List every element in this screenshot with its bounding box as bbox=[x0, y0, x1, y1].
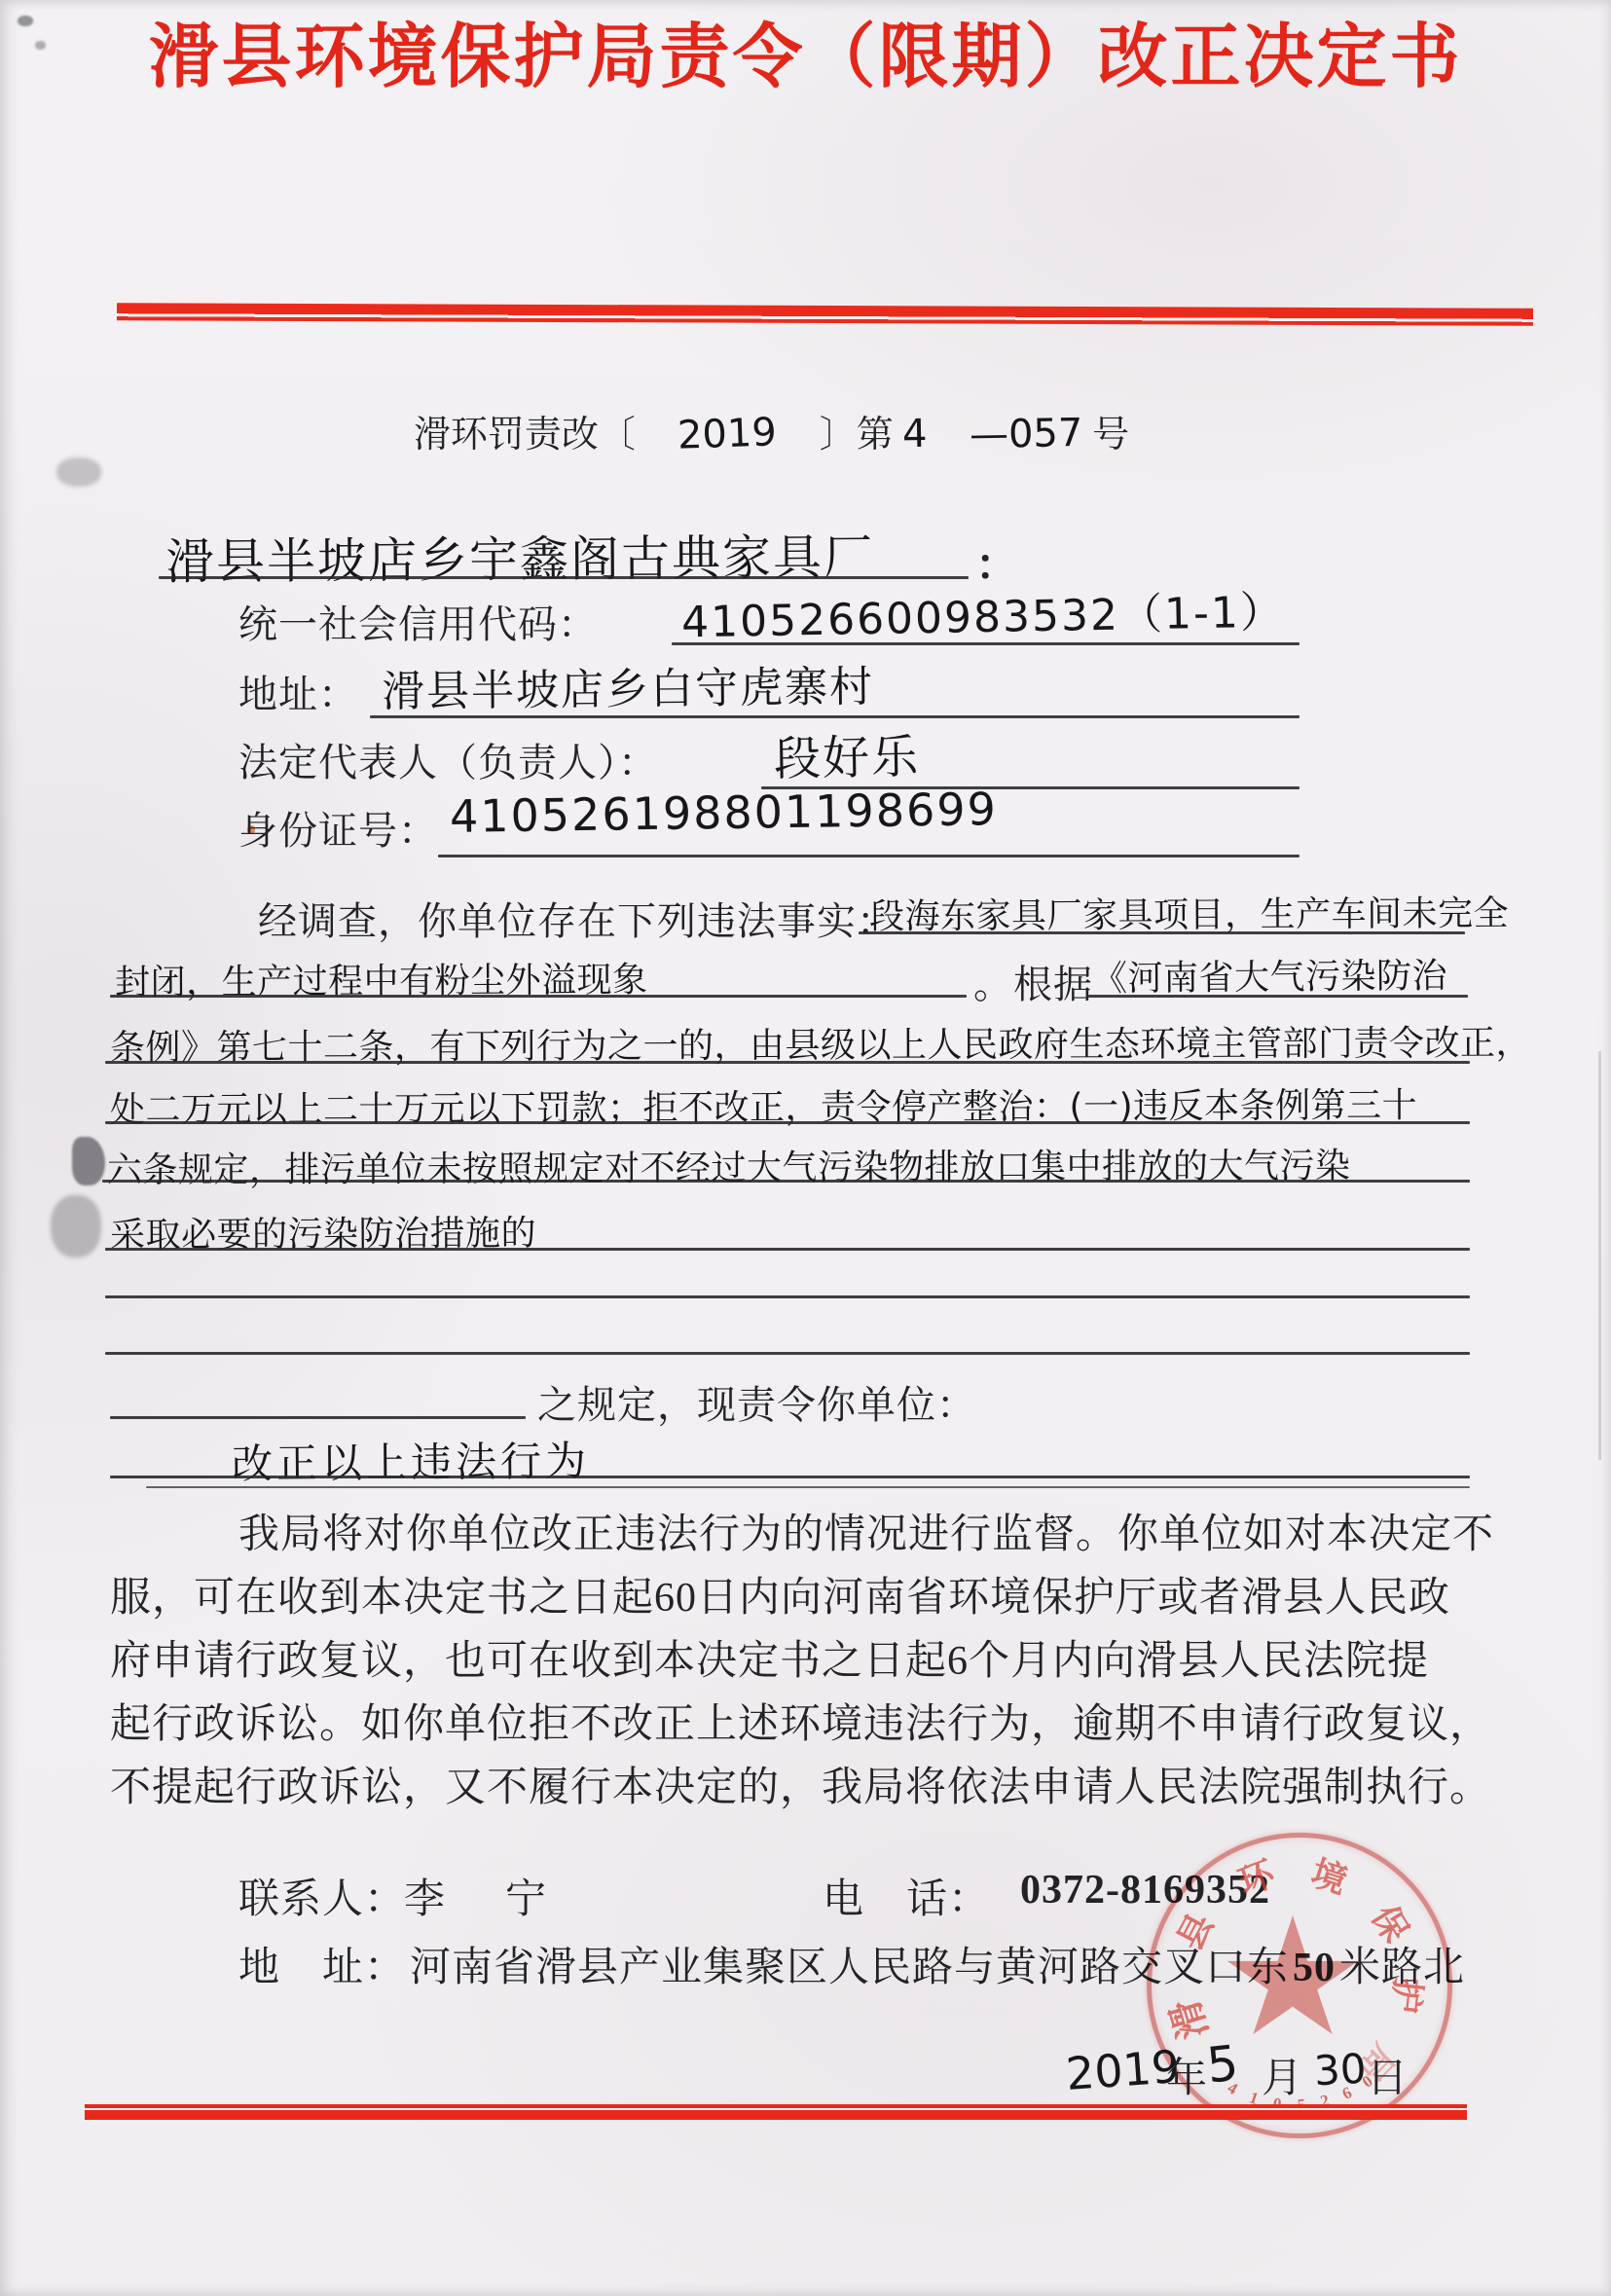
date-year-handwritten: 2019 bbox=[1064, 2040, 1182, 2100]
contact-name: 李 宁 bbox=[404, 1867, 556, 1925]
supervision-paragraph: 我局将对你单位改正违法行为的情况进行监督。你单位如对本决定不 服，可在收到本决定… bbox=[110, 1504, 1473, 1820]
blank-underline bbox=[105, 1295, 1470, 1298]
scanned-document-page: 滑县环境保护局责令（限期）改正决定书 滑环罚责改〔 2019 〕第 4 —057… bbox=[0, 0, 1611, 2296]
paragraph-line: 服，可在收到本决定书之日起60日内向河南省环境保护厅或者滑县人民政 bbox=[110, 1567, 1473, 1630]
blank-underline bbox=[105, 1352, 1470, 1355]
violation-basis1-handwritten: 《河南省大气污染防治 bbox=[1092, 948, 1447, 1001]
field-value-legal-rep: 段好乐 bbox=[773, 719, 920, 789]
blank-underline bbox=[110, 1476, 1470, 1478]
blank-underline bbox=[102, 1180, 1470, 1183]
document-title: 滑县环境保护局责令（限期）改正决定书 bbox=[0, 0, 1611, 101]
scan-artifact bbox=[1598, 1051, 1601, 1460]
blank-underline bbox=[1088, 995, 1468, 998]
seal-char: 护 bbox=[1381, 1972, 1435, 2020]
red-bottom-line bbox=[85, 2104, 1467, 2120]
violation-basis4-handwritten: 六条规定，排污单位未按照规定对不经过大气污染物排放口集中排放的大气污染 bbox=[107, 1139, 1351, 1192]
field-underline bbox=[672, 642, 1300, 645]
date-month-handwritten: 5 bbox=[1204, 2034, 1241, 2094]
docnum-year-handwritten: 2019 bbox=[677, 410, 778, 458]
blank-underline bbox=[110, 1416, 526, 1419]
phone-label: 电 话： bbox=[823, 1867, 990, 1925]
docnum-close: 〕第 bbox=[820, 415, 894, 456]
order-text-handwritten: 改正以上违法行为 bbox=[232, 1429, 591, 1490]
docnum-suffix: 号 bbox=[1092, 415, 1129, 456]
field-label-credit-code: 统一社会信用代码： bbox=[238, 594, 598, 649]
scan-artifact bbox=[56, 457, 101, 487]
blank-underline bbox=[146, 1486, 1470, 1488]
field-underline bbox=[438, 855, 1300, 857]
date-year-unit: 年 bbox=[1166, 2046, 1207, 2104]
blank-underline bbox=[105, 1121, 1470, 1124]
blank-underline bbox=[859, 931, 1465, 934]
document-number: 滑环罚责改〔 2019 〕第 4 —057 号 bbox=[0, 404, 1577, 457]
date-month-unit: 月 bbox=[1262, 2046, 1302, 2104]
docnum-serial2-handwritten: —057 bbox=[970, 411, 1083, 457]
blank-underline bbox=[105, 1248, 1470, 1251]
paragraph-line: 府申请行政复议，也可在收到本决定书之日起6个月内向滑县人民法院提 bbox=[110, 1630, 1473, 1694]
paragraph-line: 起行政诉讼。如你单位拒不改正上述环境违法行为，逾期不申请行政复议， bbox=[110, 1694, 1473, 1757]
blank-underline bbox=[110, 995, 967, 998]
recipient-underline bbox=[159, 576, 969, 579]
field-value-id-number: 410526198801198699 bbox=[450, 783, 999, 843]
scan-artifact bbox=[72, 1137, 105, 1185]
blank-underline bbox=[105, 1061, 1470, 1064]
paragraph-line: 不提起行政诉讼，又不履行本决定的，我局将依法申请人民法院强制执行。 bbox=[110, 1757, 1473, 1820]
order-connector: 之规定，现责令你单位： bbox=[537, 1374, 976, 1430]
violation-intro: 经调查，你单位存在下列违法事实： bbox=[258, 891, 897, 946]
recipient-name-handwritten: 滑县半坡店乡宇鑫阁古典家具厂 bbox=[165, 518, 874, 593]
field-value-address: 滑县半坡店乡白守虎寨村 bbox=[382, 651, 875, 718]
date-day-handwritten: 30 bbox=[1313, 2045, 1368, 2096]
field-underline bbox=[370, 715, 1300, 718]
field-value-credit-code: 410526600983532（1-1） bbox=[680, 577, 1285, 650]
scan-artifact bbox=[51, 1195, 101, 1257]
docnum-serial-handwritten: 4 bbox=[902, 412, 928, 456]
office-address-label: 地 址： bbox=[238, 1946, 406, 1990]
date-day-unit: 日 bbox=[1367, 2046, 1408, 2104]
red-separator-line bbox=[117, 303, 1533, 326]
paragraph-line: 我局将对你单位改正违法行为的情况进行监督。你单位如对本决定不 bbox=[110, 1504, 1473, 1567]
violation-connector: 。根据 bbox=[973, 954, 1093, 1009]
field-label-address: 地址： bbox=[238, 664, 358, 719]
field-label-id-number: 身份证号： bbox=[238, 800, 438, 856]
contact-label: 联系人： bbox=[238, 1867, 406, 1925]
docnum-prefix: 滑环罚责改〔 bbox=[414, 415, 636, 456]
field-label-legal-rep: 法定代表人（负责人）： bbox=[238, 732, 658, 787]
